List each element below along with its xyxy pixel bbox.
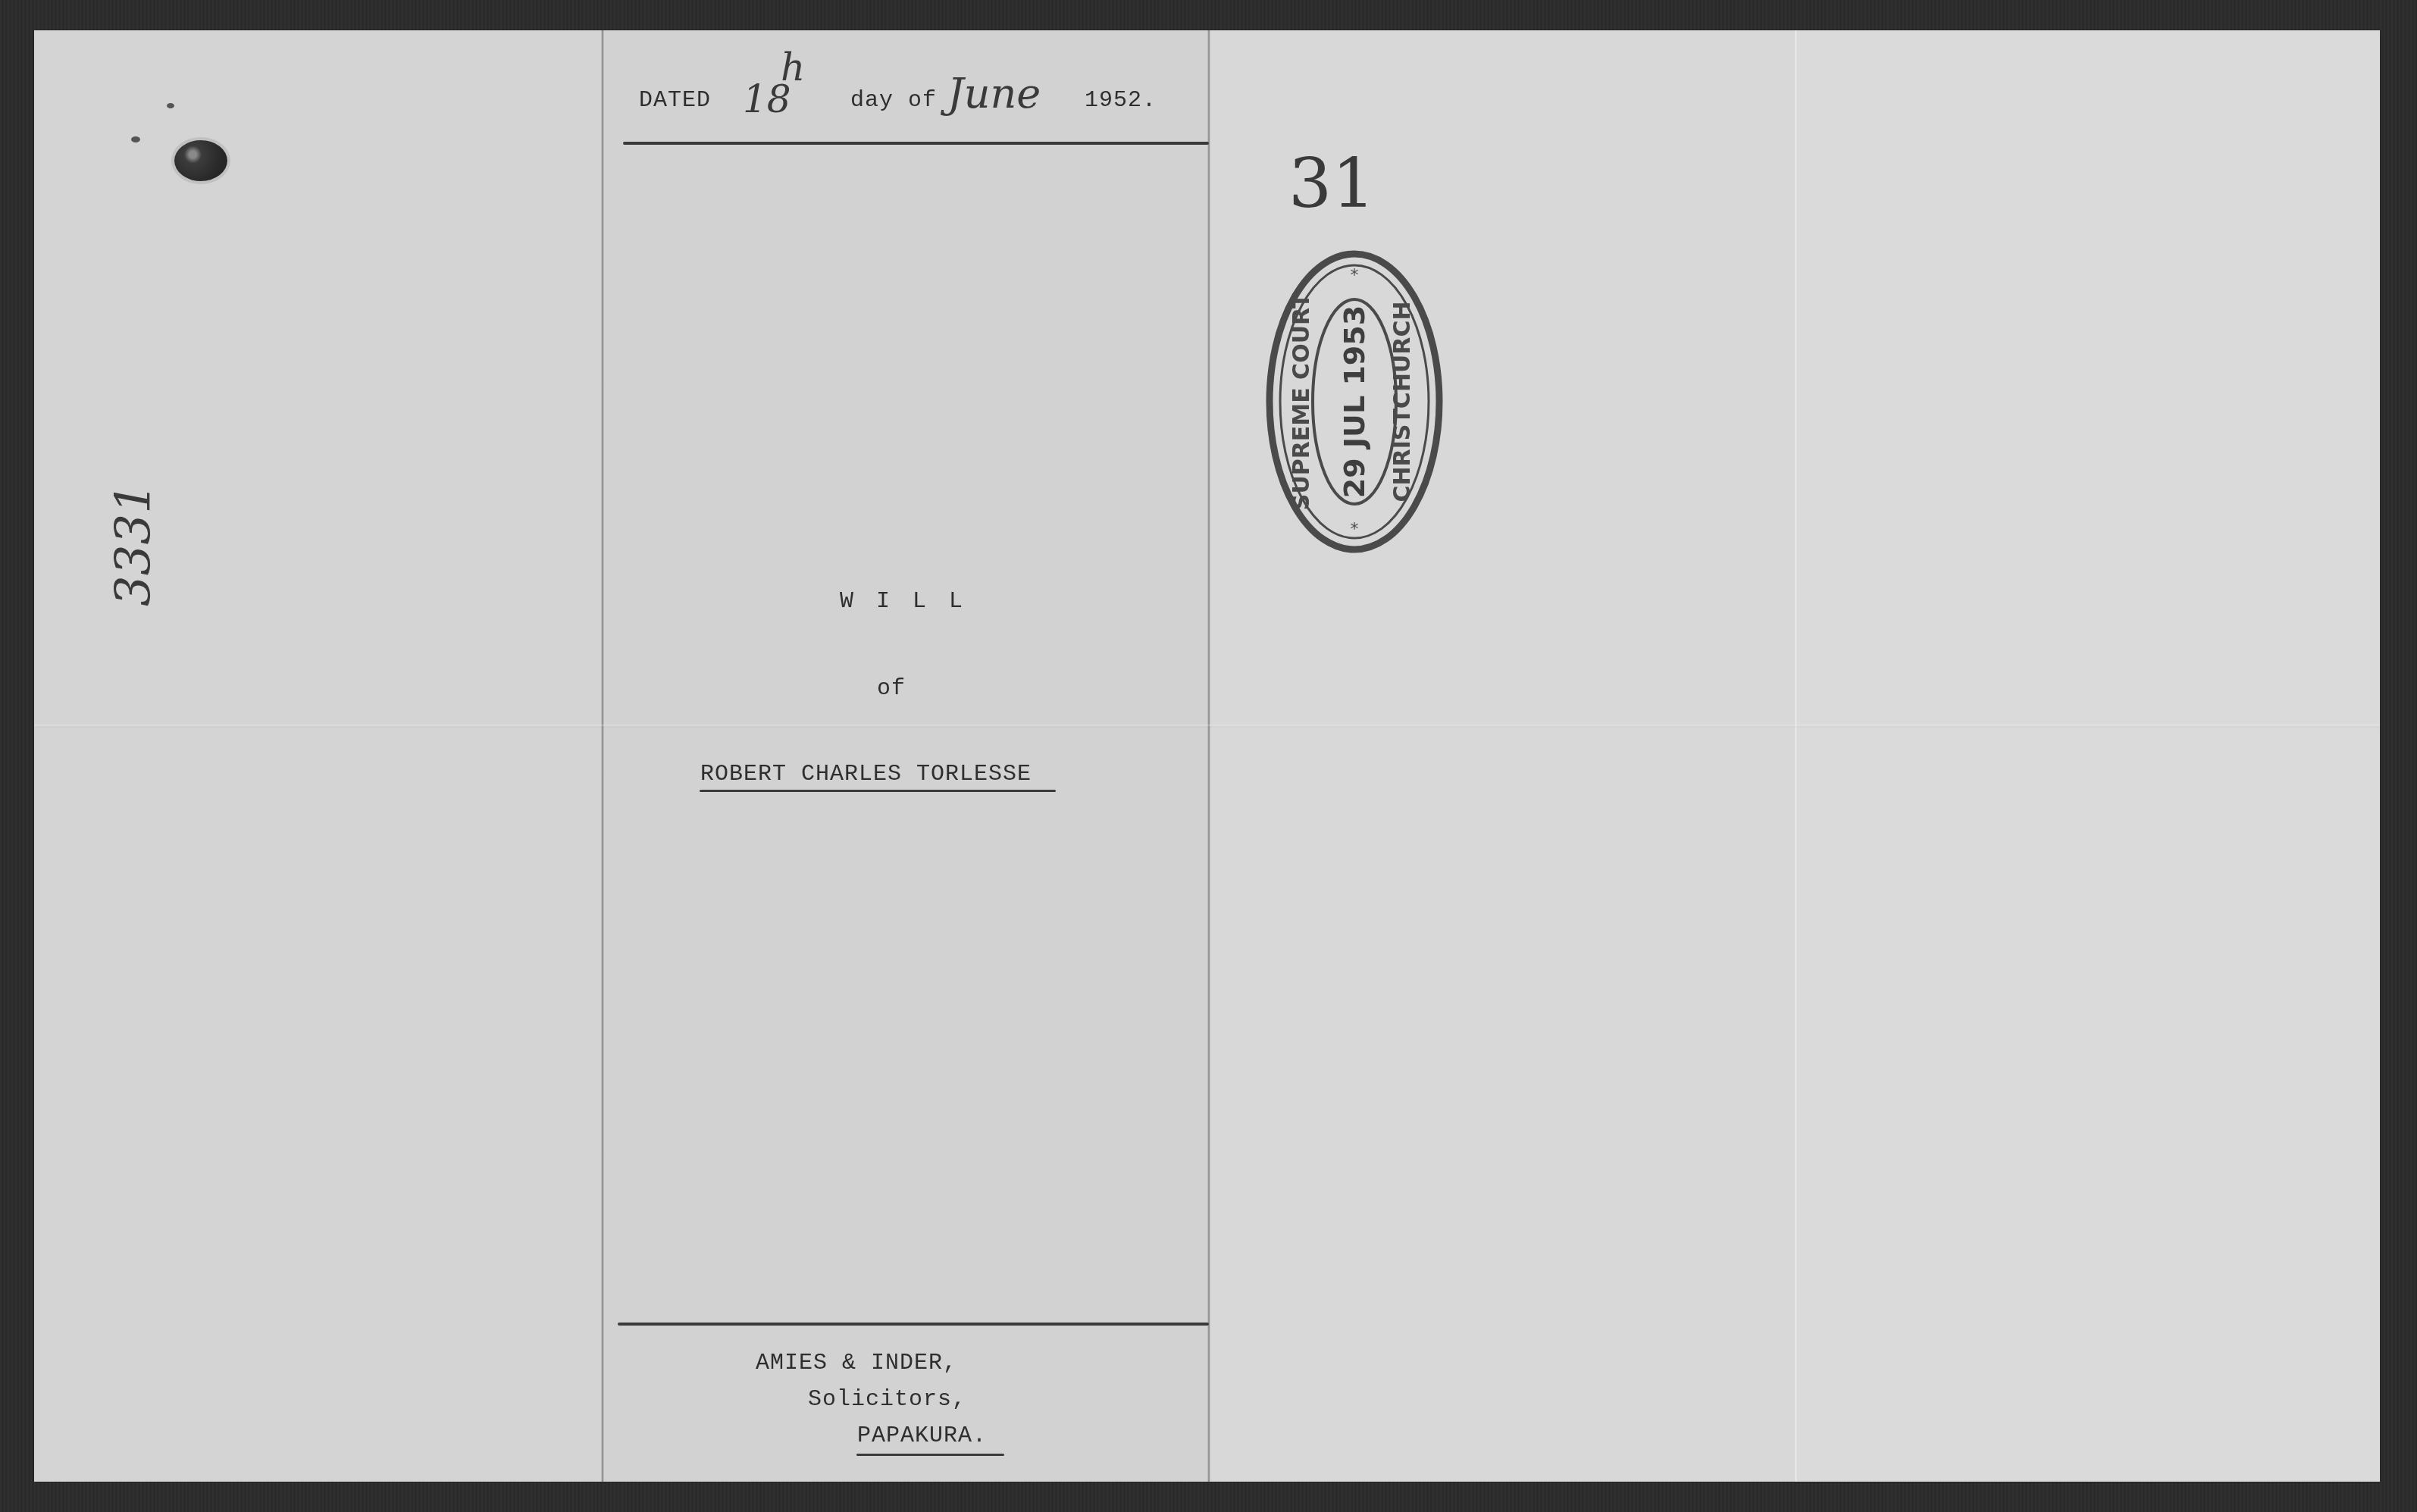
ink-speck bbox=[131, 136, 140, 142]
margin-annotation: 3331 bbox=[106, 483, 162, 606]
solicitor-place: PAPAKURA. bbox=[857, 1423, 987, 1449]
footer-rule bbox=[618, 1323, 1209, 1326]
dated-day-suffix: h bbox=[781, 45, 805, 89]
panel-right bbox=[1796, 30, 2380, 1482]
solicitor-role: Solicitors, bbox=[808, 1387, 966, 1413]
dated-middle: day of bbox=[850, 88, 937, 114]
testator-name: ROBERT CHARLES TORLESSE bbox=[700, 762, 1032, 787]
name-underline bbox=[700, 790, 1056, 792]
document-title: W I L L bbox=[840, 589, 967, 615]
corner-annotation: 31 bbox=[1288, 144, 1376, 224]
svg-text:CHRISTCHURCH: CHRISTCHURCH bbox=[1389, 301, 1416, 502]
fold-line-horizontal bbox=[34, 724, 2380, 728]
panel-left bbox=[34, 30, 603, 1482]
title-of: of bbox=[877, 676, 906, 702]
court-received-stamp: * * SUPREME COURT CHRISTCHURCH 29 JUL 19… bbox=[1262, 246, 1448, 557]
fold-line bbox=[1795, 30, 1797, 1482]
dated-month: June bbox=[947, 70, 1041, 117]
dated-prefix: DATED bbox=[639, 88, 711, 114]
ink-speck bbox=[167, 103, 174, 108]
svg-text:29 JUL 1953: 29 JUL 1953 bbox=[1338, 305, 1371, 498]
svg-text:*: * bbox=[1351, 266, 1359, 285]
fold-line bbox=[1207, 30, 1210, 1482]
svg-text:SUPREME COURT: SUPREME COURT bbox=[1288, 293, 1315, 510]
punch-hole-icon bbox=[174, 140, 227, 181]
svg-text:*: * bbox=[1351, 520, 1359, 539]
fold-line bbox=[601, 30, 604, 1482]
panel-cover bbox=[603, 30, 1209, 1482]
solicitor-firm: AMIES & INDER, bbox=[756, 1351, 957, 1376]
dated-underline bbox=[623, 142, 1209, 145]
dated-year: 1952. bbox=[1085, 88, 1157, 114]
document-paper: 3331 DATED 18 h day of June 1952. W I L … bbox=[34, 30, 2380, 1482]
place-underline bbox=[856, 1454, 1004, 1456]
